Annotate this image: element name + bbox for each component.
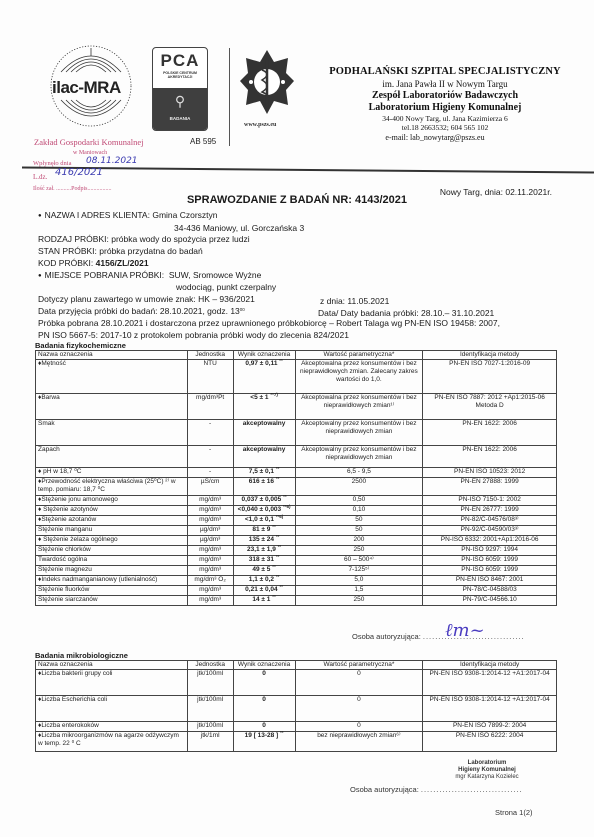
table-row: ♦Barwamg/dm³Pt<5 ± 1 **7)Akceptowalna pr… bbox=[36, 394, 557, 420]
cell-param: 250 bbox=[295, 546, 423, 556]
col-param: Wartość parametryczna* bbox=[295, 351, 423, 360]
table-row: ♦Liczba Escherichia colijtk/100ml0 0PN-E… bbox=[36, 696, 557, 722]
cell-name: ♦Liczba enterokoków bbox=[36, 722, 188, 732]
cell-unit: jtk/100ml bbox=[187, 696, 233, 722]
table-row: Stężenie chlorkówmg/dm³23,1 ± 1,9 **250P… bbox=[36, 546, 557, 556]
pca-logo: PCA POLSKIE CENTRUM AKREDYTACJI ⚲ BADANI… bbox=[152, 47, 208, 131]
cell-unit: mg/dm³ bbox=[187, 586, 233, 596]
physchem-section-title: Badania fizykochemiczne bbox=[35, 341, 126, 350]
col-result: Wynik oznaczenia bbox=[233, 351, 295, 360]
col-unit: Jednostka bbox=[187, 351, 233, 360]
cell-method: PN-EN ISO 9308-1:2014-12 +A1:2017-04 bbox=[423, 696, 557, 722]
table-header-row: Nazwa oznaczenia Jednostka Wynik oznacze… bbox=[36, 661, 557, 670]
cell-unit: mg/dm³ bbox=[187, 556, 233, 566]
table-row: Zapach-akceptowalny Akceptowalny przez k… bbox=[36, 446, 557, 468]
cell-unit: µg/dm³ bbox=[187, 536, 233, 546]
cell-param: 0 bbox=[295, 670, 423, 696]
cell-unit: mg/dm³ bbox=[187, 596, 233, 606]
col-param: Wartość parametryczna* bbox=[295, 661, 423, 670]
cell-result: 81 ± 9 ** bbox=[233, 526, 295, 536]
table-row: Stężenie manganuµg/dm³81 ± 9 **50PN-92/C… bbox=[36, 526, 557, 536]
cell-name: ♦Barwa bbox=[36, 394, 188, 420]
table-row: Stężenie siarczanówmg/dm³14 ± 1 **250PN-… bbox=[36, 596, 557, 606]
table-row: ♦Liczba enterokokówjtk/100ml0 0PN-EN ISO… bbox=[36, 722, 557, 732]
cell-param: 50 bbox=[295, 526, 423, 536]
cell-result: 0 bbox=[233, 722, 295, 732]
cell-name: ♦ Stężenie azotynów bbox=[36, 506, 188, 516]
cell-method: PN-EN 1622: 2006 bbox=[423, 446, 557, 468]
table-row: Twardość ogólnamg/dm³318 ± 31 **60 – 500… bbox=[36, 556, 557, 566]
cell-param: 60 – 500⁴⁾ bbox=[295, 556, 423, 566]
cell-name: Stężenie manganu bbox=[36, 526, 188, 536]
report-title: SPRAWOZDANIE Z BADAŃ NR: 4143/2021 bbox=[0, 194, 594, 206]
stamp-company: Zakład Gospodarki Komunalnej bbox=[34, 137, 144, 147]
cell-result: <0,040 ± 0,003 **6) bbox=[233, 506, 295, 516]
cell-name: ♦Stężenie azotanów bbox=[36, 516, 188, 526]
cell-result: 0,97 ± 0,11 ** bbox=[233, 360, 295, 394]
cell-unit: mg/dm³ bbox=[187, 496, 233, 506]
cell-unit: - bbox=[187, 446, 233, 468]
cell-method: PN-82/C-04576/08³⁾ bbox=[423, 516, 557, 526]
cell-result: 318 ± 31 ** bbox=[233, 556, 295, 566]
cell-result: 14 ± 1 ** bbox=[233, 596, 295, 606]
cell-name: Twardość ogólna bbox=[36, 556, 188, 566]
micro-authorized: Osoba autoryzująca: ....................… bbox=[350, 785, 523, 794]
cell-name: ♦ pH w 18,7 ⁰C bbox=[36, 468, 188, 478]
table-row: ♦ Stężenie żelaza ogólnegoµg/dm³135 ± 24… bbox=[36, 536, 557, 546]
cell-result: <5 ± 1 **7) bbox=[233, 394, 295, 420]
table-row: ♦Stężenie azotanówmg/dm³<1,0 ± 0,1 **6)5… bbox=[36, 516, 557, 526]
cell-result: 135 ± 24 ** bbox=[233, 536, 295, 546]
client-address: 34-436 Maniowy, ul. Gorczańska 3 bbox=[174, 223, 304, 233]
stamp-ldz-value: 416/2021 bbox=[55, 167, 103, 178]
cell-result: 1,1 ± 0,2 ** bbox=[233, 576, 295, 586]
cell-name: ♦Indeks nadmanganianowy (utlenialność) bbox=[36, 576, 188, 586]
plan-line: Dotyczy planu zawartego w umowie znak: H… bbox=[38, 294, 255, 304]
cell-param: 50 bbox=[295, 516, 423, 526]
lab-name: Laboratorium Higieny Komunalnej bbox=[300, 102, 590, 113]
cell-unit: jtk/1ml bbox=[187, 732, 233, 752]
cell-method: PN-EN ISO 7027-1:2016-09 bbox=[423, 360, 557, 394]
cell-result: <1,0 ± 0,1 **6) bbox=[233, 516, 295, 526]
cell-param: 0,10 bbox=[295, 506, 423, 516]
table-row: ♦Przewodność elektryczna właściwa (25⁰C)… bbox=[36, 478, 557, 496]
cell-result: 19 [ 13-28 ] ** bbox=[233, 732, 295, 752]
micro-section-title: Badania mikrobiologiczne bbox=[35, 651, 128, 660]
cell-unit: mg/dm³ bbox=[187, 546, 233, 556]
cell-method: PN-EN ISO 6222: 2004 bbox=[423, 732, 557, 752]
lab-stamp: Laboratorium Higieny Komunalnej mgr Kata… bbox=[432, 760, 542, 781]
cell-result: 0,21 ± 0,04 ** bbox=[233, 586, 295, 596]
hospital-logo bbox=[238, 48, 296, 118]
col-name: Nazwa oznaczenia bbox=[36, 661, 188, 670]
cell-result: 0 bbox=[233, 696, 295, 722]
table-row: ♦Liczba bakterii grupy colijtk/100ml0 0P… bbox=[36, 670, 557, 696]
cell-param: Akceptowalna przez konsumentów i bez nie… bbox=[295, 394, 423, 420]
cell-name: Stężenie chlorków bbox=[36, 546, 188, 556]
table-row: ♦Indeks nadmanganianowy (utlenialność)mg… bbox=[36, 576, 557, 586]
sample-code-line: KOD PRÓBKI: 4156/ZL/2021 bbox=[38, 258, 149, 268]
cell-name: Stężenie siarczanów bbox=[36, 596, 188, 606]
cell-method: PN-EN ISO 7899-2: 2004 bbox=[423, 722, 557, 732]
table-row: Smak-akceptowalny Akceptowalny przez kon… bbox=[36, 420, 557, 446]
cell-method: PN-92/C-04590/03³⁾ bbox=[423, 526, 557, 536]
client-line: ●NAZWA I ADRES KLIENTA: Gmina Czorsztyn bbox=[38, 210, 218, 221]
cell-result: akceptowalny bbox=[233, 446, 295, 468]
col-unit: Jednostka bbox=[187, 661, 233, 670]
cell-param: Akceptowalny przez konsumentów i bez nie… bbox=[295, 446, 423, 468]
cell-name: Stężenie magnezu bbox=[36, 566, 188, 576]
cell-name: ♦Liczba Escherichia coli bbox=[36, 696, 188, 722]
micro-table: Nazwa oznaczenia Jednostka Wynik oznacze… bbox=[35, 660, 557, 752]
hospital-subtitle: im. Jana Pawła II w Nowym Targu bbox=[300, 79, 590, 89]
cell-unit: mg/dm³ O₂ bbox=[187, 576, 233, 586]
cell-method: PN-ISO 7150-1: 2002 bbox=[423, 496, 557, 506]
cell-name: Zapach bbox=[36, 446, 188, 468]
cell-name: ♦Przewodność elektryczna właściwa (25⁰C)… bbox=[36, 478, 188, 496]
table-row: ♦ Stężenie azotynówmg/dm³<0,040 ± 0,003 … bbox=[36, 506, 557, 516]
cell-result: 7,5 ± 0,1 ** bbox=[233, 468, 295, 478]
bullet-icon: ● bbox=[38, 213, 42, 219]
sampled-line-1: Próbka pobrana 28.10.2021 i dostarczona … bbox=[38, 318, 500, 328]
physchem-table: Nazwa oznaczenia Jednostka Wynik oznacze… bbox=[35, 350, 557, 606]
plan-date: z dnia: 11.05.2021 bbox=[320, 296, 389, 306]
cell-name: Stężenie fluorków bbox=[36, 586, 188, 596]
cell-param: 0,50 bbox=[295, 496, 423, 506]
cell-method: PN-79/C-04566.10 bbox=[423, 596, 557, 606]
cell-unit: µg/dm³ bbox=[187, 526, 233, 536]
cell-method: PN-EN ISO 10523: 2012 bbox=[423, 468, 557, 478]
table-row: ♦Liczba mikroorganizmów na agarze odżywc… bbox=[36, 732, 557, 752]
table-row: ♦ pH w 18,7 ⁰C-7,5 ± 0,1 **6,5 - 9,5PN-E… bbox=[36, 468, 557, 478]
sampling-place-line: ●MIEJSCE POBRANIA PRÓBKI: SUW, Sromowce … bbox=[38, 270, 261, 281]
test-dates: Data/ Daty badania próbki: 28.10.– 31.10… bbox=[318, 308, 494, 318]
cell-param: 1,5 bbox=[295, 586, 423, 596]
sample-state-line: STAN PRÓBKI: próbka przydatna do badań bbox=[38, 246, 203, 256]
col-method: Identyfikacja metody bbox=[423, 351, 557, 360]
cell-method: PN-ISO 6332: 2001+Ap1:2016-06 bbox=[423, 536, 557, 546]
cell-param: 0 bbox=[295, 696, 423, 722]
cell-method: PN-EN 27888: 1999 bbox=[423, 478, 557, 496]
cell-result: 49 ± 5 ** bbox=[233, 566, 295, 576]
cell-unit: mg/dm³ bbox=[187, 506, 233, 516]
cell-method: PN-ISO 6059: 1999 bbox=[423, 566, 557, 576]
cell-result: 0 bbox=[233, 670, 295, 696]
lab-email: e-mail: lab_nowytarg@pszs.eu bbox=[290, 133, 580, 142]
cell-method: PN-EN 26777: 1999 bbox=[423, 506, 557, 516]
cell-unit: NTU bbox=[187, 360, 233, 394]
hospital-url: www.pszs.eu bbox=[244, 122, 276, 128]
col-result: Wynik oznaczenia bbox=[233, 661, 295, 670]
report-page: ilac-MRA PCA POLSKIE CENTRUM AKREDYTACJI… bbox=[0, 0, 594, 837]
lab-group-name: Zespół Laboratoriów Badawczych bbox=[300, 90, 590, 101]
cell-param: Akceptowalna przez konsumentów i bez nie… bbox=[295, 360, 423, 394]
cell-result: 23,1 ± 1,9 ** bbox=[233, 546, 295, 556]
cell-param: 5,0 bbox=[295, 576, 423, 586]
cell-method: PN-ISO 9297: 1994 bbox=[423, 546, 557, 556]
cell-name: ♦Liczba mikroorganizmów na agarze odżywc… bbox=[36, 732, 188, 752]
signature-1: ℓm~ bbox=[445, 620, 485, 641]
ilac-mra-logo: ilac-MRA bbox=[48, 42, 134, 130]
cell-method: PN-ISO 6059: 1999 bbox=[423, 556, 557, 566]
cell-unit: mg/dm³ bbox=[187, 516, 233, 526]
cell-method: PN-EN ISO 8467: 2001 bbox=[423, 576, 557, 586]
cell-method: PN-EN 1622: 2006 bbox=[423, 420, 557, 446]
accreditation-number: AB 595 bbox=[190, 137, 216, 146]
cell-name: ♦Mętność bbox=[36, 360, 188, 394]
hospital-name: PODHALAŃSKI SZPITAL SPECJALISTYCZNY bbox=[300, 66, 590, 77]
cell-result: akceptowalny bbox=[233, 420, 295, 446]
physchem-authorized: Osoba autoryzująca: ....................… bbox=[352, 632, 525, 641]
cell-method: PN-EN ISO 7887: 2012 +Ap1:2015-06 Metoda… bbox=[423, 394, 557, 420]
col-method: Identyfikacja metody bbox=[423, 661, 557, 670]
received-line: Data przyjęcia próbki do badań: 28.10.20… bbox=[38, 306, 245, 316]
cell-param: 6,5 - 9,5 bbox=[295, 468, 423, 478]
sampling-place-2: wodociąg, punkt czerpalny bbox=[176, 282, 276, 292]
cell-unit: - bbox=[187, 420, 233, 446]
table-row: ♦Stężenie jonu amonowegomg/dm³0,037 ± 0,… bbox=[36, 496, 557, 506]
col-name: Nazwa oznaczenia bbox=[36, 351, 188, 360]
cell-param: bez nieprawidłowych zmian⁶⁾ bbox=[295, 732, 423, 752]
cell-param: 250 bbox=[295, 596, 423, 606]
table-row: Stężenie fluorkówmg/dm³0,21 ± 0,04 **1,5… bbox=[36, 586, 557, 596]
cell-unit: jtk/100ml bbox=[187, 722, 233, 732]
cell-param: 2500 bbox=[295, 478, 423, 496]
cell-name: ♦Liczba bakterii grupy coli bbox=[36, 670, 188, 696]
table-row: ♦MętnośćNTU0,97 ± 0,11 **Akceptowalna pr… bbox=[36, 360, 557, 394]
cell-param: 0 bbox=[295, 722, 423, 732]
flask-icon: ⚲ bbox=[153, 88, 207, 110]
cell-unit: jtk/100ml bbox=[187, 670, 233, 696]
stamp-received-date: 08.11.2021 bbox=[86, 156, 138, 166]
lab-address: 34-400 Nowy Targ, ul. Jana Kazimierza 6 bbox=[300, 114, 590, 123]
stamp-attachments: Ilość zał. ..........Podpis.............… bbox=[33, 186, 112, 192]
cell-param: 200 bbox=[295, 536, 423, 546]
cell-method: PN-78/C-04588/03 bbox=[423, 586, 557, 596]
stamp-rule bbox=[22, 167, 594, 174]
divider bbox=[229, 48, 230, 146]
bullet-icon: ● bbox=[38, 273, 42, 279]
cell-result: 616 ± 16 ** bbox=[233, 478, 295, 496]
stamp-ldz-label: L.dz. bbox=[33, 173, 47, 181]
cell-name: ♦Stężenie jonu amonowego bbox=[36, 496, 188, 506]
cell-param: Akceptowalny przez konsumentów i bez nie… bbox=[295, 420, 423, 446]
cell-unit: - bbox=[187, 468, 233, 478]
sample-type-line: RODZAJ PRÓBKI: próbka wody do spożycia p… bbox=[38, 234, 250, 244]
table-header-row: Nazwa oznaczenia Jednostka Wynik oznacze… bbox=[36, 351, 557, 360]
cell-unit: µS/cm bbox=[187, 478, 233, 496]
cell-method: PN-EN ISO 9308-1:2014-12 +A1:2017-04 bbox=[423, 670, 557, 696]
cell-unit: mg/dm³Pt bbox=[187, 394, 233, 420]
cell-param: 7-125⁵⁾ bbox=[295, 566, 423, 576]
table-row: Stężenie magnezumg/dm³49 ± 5 **7-125⁵⁾PN… bbox=[36, 566, 557, 576]
cell-unit: mg/dm³ bbox=[187, 566, 233, 576]
cell-name: ♦ Stężenie żelaza ogólnego bbox=[36, 536, 188, 546]
cell-name: Smak bbox=[36, 420, 188, 446]
sampled-line-2: PN ISO 5667-5: 2017-10 z protokolem pobr… bbox=[38, 330, 349, 340]
page-number: Strona 1(2) bbox=[495, 808, 533, 817]
lab-phone: tel.18 2663532; 604 565 102 bbox=[300, 123, 590, 132]
ilac-text: ilac-MRA bbox=[52, 78, 121, 98]
